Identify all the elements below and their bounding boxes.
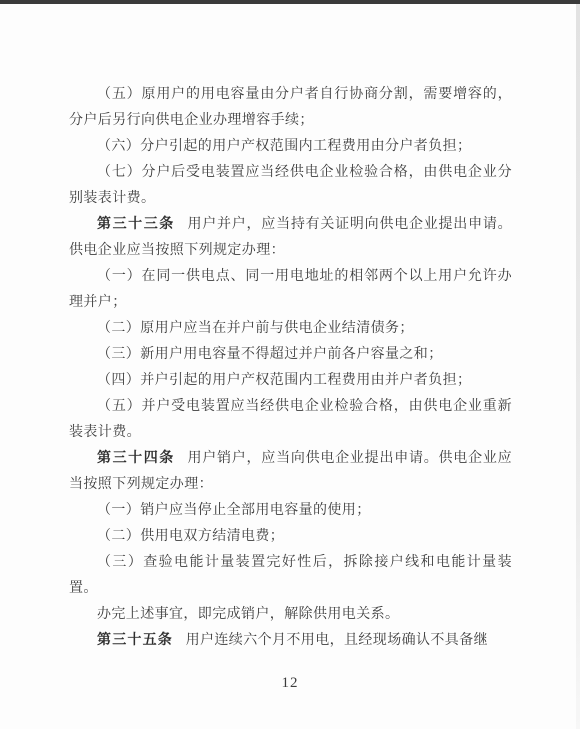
article-number: 第三十四条 — [97, 451, 175, 466]
clause-item: （三）新用户用电容量不得超过并户前各户容量之和； — [69, 342, 512, 368]
clause-item: （五）并户受电装置应当经供电企业检验合格，由供电企业重新装表计费。 — [69, 394, 512, 446]
scan-right-edge-artifact — [576, 4, 580, 729]
clause-item: （三）查验电能计量装置完好性后，拆除接户线和电能计量装置。 — [69, 550, 512, 602]
paragraph-text: （四）并户引起的用户产权范围内工程费用由并户者负担； — [97, 373, 471, 388]
article-number: 第三十三条 — [97, 217, 175, 232]
paragraph-text: 办完上述事宜，即完成销户，解除供用电关系。 — [97, 607, 399, 622]
page-number: 12 — [0, 675, 580, 692]
paragraph-text: （二）原用户应当在并户前与供电企业结清债务； — [97, 321, 414, 336]
clause-item: （一）销户应当停止全部用电容量的使用； — [69, 498, 512, 524]
article-number: 第三十五条 — [97, 633, 173, 648]
clause-item: （二）原用户应当在并户前与供电企业结清债务； — [69, 316, 512, 342]
paragraph-text: （五）原用户的用电容量由分户者自行协商分割，需要增容的，分户后另行向供电企业办理… — [69, 87, 512, 128]
scanned-document-page: （五）原用户的用电容量由分户者自行协商分割，需要增容的，分户后另行向供电企业办理… — [0, 0, 580, 729]
paragraph-text: （一）销户应当停止全部用电容量的使用； — [97, 503, 371, 518]
clause-item: （七）分户后受电装置应当经供电企业检验合格，由供电企业分别装表计费。 — [69, 160, 512, 212]
paragraph-text: 用户连续六个月不用电，且经现场确认不具备继 — [186, 633, 488, 648]
paragraph-text: （一）在同一供电点、同一用电地址的相邻两个以上用户允许办理并户； — [69, 269, 512, 310]
scan-top-edge-artifact — [0, 0, 580, 4]
document-body: （五）原用户的用电容量由分户者自行协商分割，需要增容的，分户后另行向供电企业办理… — [69, 82, 512, 654]
clause-item: （六）分户引起的用户产权范围内工程费用由分户者负担； — [69, 134, 512, 160]
paragraph-text: （七）分户后受电装置应当经供电企业检验合格，由供电企业分别装表计费。 — [69, 165, 512, 206]
article-paragraph: 第三十四条用户销户，应当向供电企业提出申请。供电企业应当按照下列规定办理： — [69, 446, 512, 498]
clause-item: （一）在同一供电点、同一用电地址的相邻两个以上用户允许办理并户； — [69, 264, 512, 316]
clause-item: （四）并户引起的用户产权范围内工程费用由并户者负担； — [69, 368, 512, 394]
article-paragraph: 第三十三条用户并户，应当持有关证明向供电企业提出申请。供电企业应当按照下列规定办… — [69, 212, 512, 264]
clause-item: （五）原用户的用电容量由分户者自行协商分割，需要增容的，分户后另行向供电企业办理… — [69, 82, 512, 134]
paragraph-text: （三）查验电能计量装置完好性后，拆除接户线和电能计量装置。 — [69, 555, 512, 596]
article-paragraph: 第三十五条用户连续六个月不用电，且经现场确认不具备继 — [69, 628, 512, 654]
paragraph-text: （三）新用户用电容量不得超过并户前各户容量之和； — [97, 347, 443, 362]
paragraph-text: （二）供用电双方结清电费； — [97, 529, 284, 544]
clause-item: （二）供用电双方结清电费； — [69, 524, 512, 550]
paragraph-text: （六）分户引起的用户产权范围内工程费用由分户者负担； — [97, 139, 471, 154]
closing-sentence: 办完上述事宜，即完成销户，解除供用电关系。 — [69, 602, 512, 628]
paragraph-text: （五）并户受电装置应当经供电企业检验合格，由供电企业重新装表计费。 — [69, 399, 512, 440]
